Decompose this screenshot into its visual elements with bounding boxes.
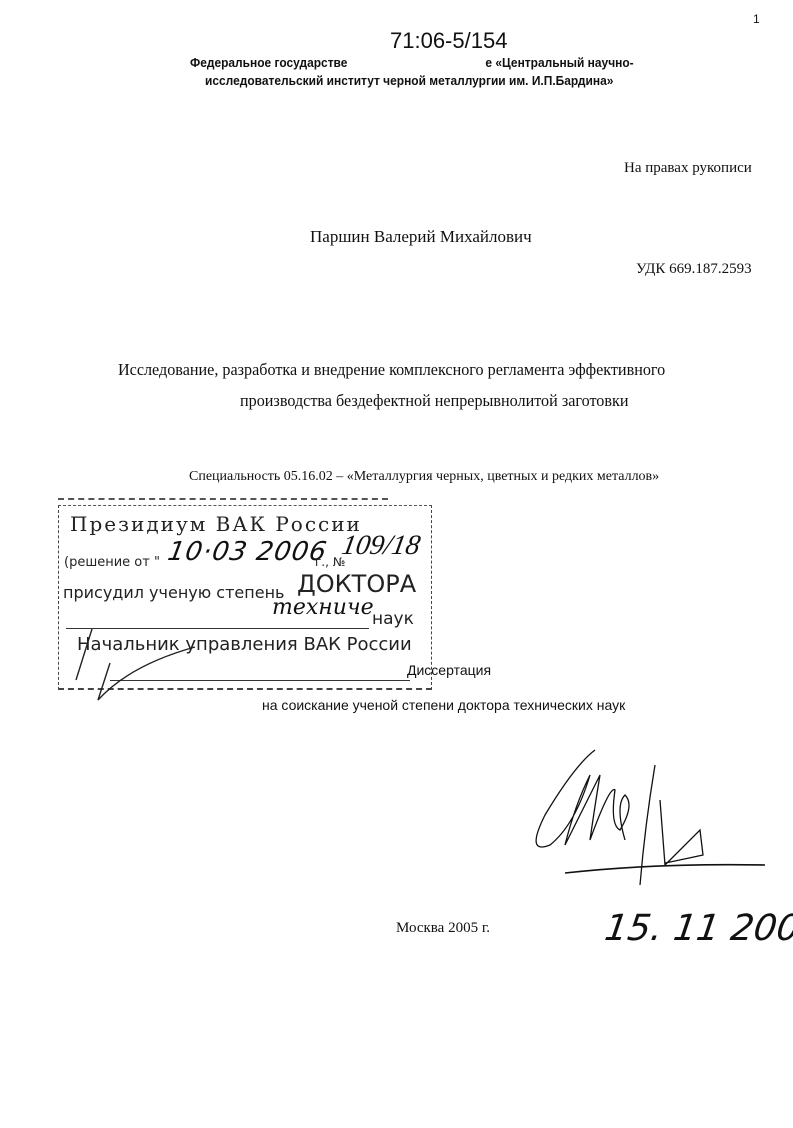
page-number: 1 <box>753 12 760 26</box>
stamp-degree: ДОКТОРА <box>297 570 416 598</box>
organization-line-1-start: Федеральное государстве <box>190 55 347 70</box>
stamp-handwritten-date: 10·03 2006 <box>165 537 329 567</box>
stamp-title: Президиум ВАК России <box>70 512 362 536</box>
stamp-sciences-label: наук <box>372 609 414 629</box>
dissertation-title-line-1: Исследование, разработка и внедрение ком… <box>118 360 665 380</box>
stamp-handwritten-field: техниче <box>272 595 374 620</box>
archive-code: 71:06-5/154 <box>390 28 507 54</box>
stamp-decision-label: (решение от " <box>64 555 160 570</box>
dissertation-title-line-2: производства бездефектной непрерывнолито… <box>240 391 628 411</box>
handwritten-date: 15. 11 2005г <box>602 908 793 949</box>
organization-line-1: Федеральное государствее «Центральный на… <box>190 55 634 70</box>
stamp-handwritten-number: 109/18 <box>339 530 422 562</box>
author-name: Паршин Валерий Михайлович <box>310 227 532 247</box>
manuscript-rights: На правах рукописи <box>624 160 752 177</box>
degree-sought: на соискание ученой степени доктора техн… <box>262 697 625 713</box>
organization-line-2: исследовательский институт черной металл… <box>205 73 613 88</box>
stamp-awarded-label: присудил ученую степень <box>63 583 284 602</box>
document-type: Диссертация <box>407 662 491 678</box>
udk-code: УДК 669.187.2593 <box>636 261 752 278</box>
organization-line-1-end: е «Центральный научно- <box>485 55 633 70</box>
specialty: Специальность 05.16.02 – «Металлургия че… <box>189 469 659 485</box>
stamp-signature-icon <box>70 625 230 705</box>
author-signature-icon <box>515 745 765 885</box>
city-year: Москва 2005 г. <box>396 920 490 937</box>
stamp-top-border <box>58 498 388 500</box>
